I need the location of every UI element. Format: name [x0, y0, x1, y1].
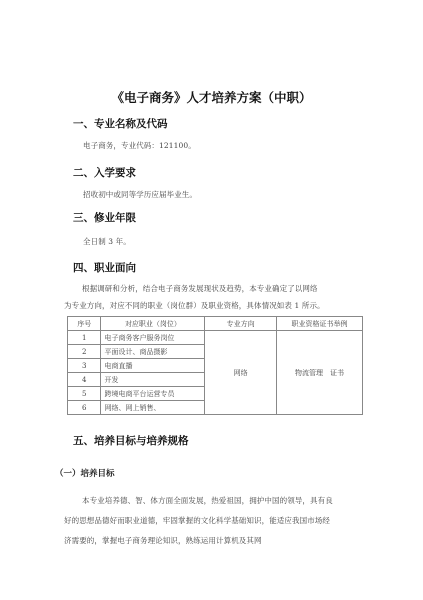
row-job: 平面设计、商品摄影 — [101, 345, 205, 359]
section-5-heading: 五、培养目标与培养规格 — [73, 433, 189, 448]
section-5-subheading: （一）培养目标 — [55, 467, 115, 479]
row-job: 电子商务客户服务岗位 — [101, 331, 205, 345]
career-table: 序号 对应职业（岗位） 专业方向 职业资格证书举例 1 电子商务客户服务岗位 网… — [67, 316, 363, 415]
header-no: 序号 — [68, 317, 101, 331]
row-job: 网络、网上销售、 — [101, 401, 205, 415]
row-no: 6 — [68, 401, 101, 415]
section-5-body-line-3: 济需要的，掌握电子商务理论知识，熟练运用计算机及其网 — [64, 535, 262, 546]
header-direction: 专业方向 — [205, 317, 277, 331]
section-3-body: 全日制 3 年。 — [83, 236, 131, 247]
document-title: 《电子商务》人才培养方案（中职） — [0, 88, 423, 106]
table-row: 1 电子商务客户服务岗位 网络 物流管理 证书 — [68, 331, 363, 345]
section-1-heading: 一、专业名称及代码 — [73, 116, 168, 131]
row-no: 3 — [68, 359, 101, 373]
section-1-body: 电子商务，专业代码：121100。 — [83, 140, 196, 151]
header-certificate: 职业资格证书举例 — [276, 317, 362, 331]
row-no: 5 — [68, 387, 101, 401]
section-3-heading: 三、修业年限 — [73, 210, 136, 225]
row-no: 4 — [68, 373, 101, 387]
row-job: 电商直播 — [101, 359, 205, 373]
row-job: 开发 — [101, 373, 205, 387]
row-no: 2 — [68, 345, 101, 359]
section-2-body: 招收初中或同等学历应届毕业生。 — [83, 189, 197, 200]
section-4-body-line-1: 根据调研和分析，结合电子商务发展现状及趋势，本专业确定了以网络 — [82, 283, 318, 294]
section-2-heading: 二、入学要求 — [73, 165, 136, 180]
header-job: 对应职业（岗位） — [101, 317, 205, 331]
row-no: 1 — [68, 331, 101, 345]
section-4-heading: 四、职业面向 — [73, 260, 136, 275]
section-5-body-line-2: 好的思想品德好而职业道德，牢固掌握的文化科学基础知识，能适应我国市场经 — [64, 515, 330, 526]
section-4-body-line-2: 为专业方向，对应不同的职业（岗位群）及职业资格，具体情况如表 1 所示。 — [64, 300, 325, 311]
row-job: 跨境电商平台运营专员 — [101, 387, 205, 401]
certificate-cell: 物流管理 证书 — [276, 331, 362, 415]
direction-cell: 网络 — [205, 331, 277, 415]
table-header-row: 序号 对应职业（岗位） 专业方向 职业资格证书举例 — [68, 317, 363, 331]
section-5-body-line-1: 本专业培养德、智、体方面全面发展，热爱祖国，拥护中国的领导，具有良 — [82, 495, 333, 506]
